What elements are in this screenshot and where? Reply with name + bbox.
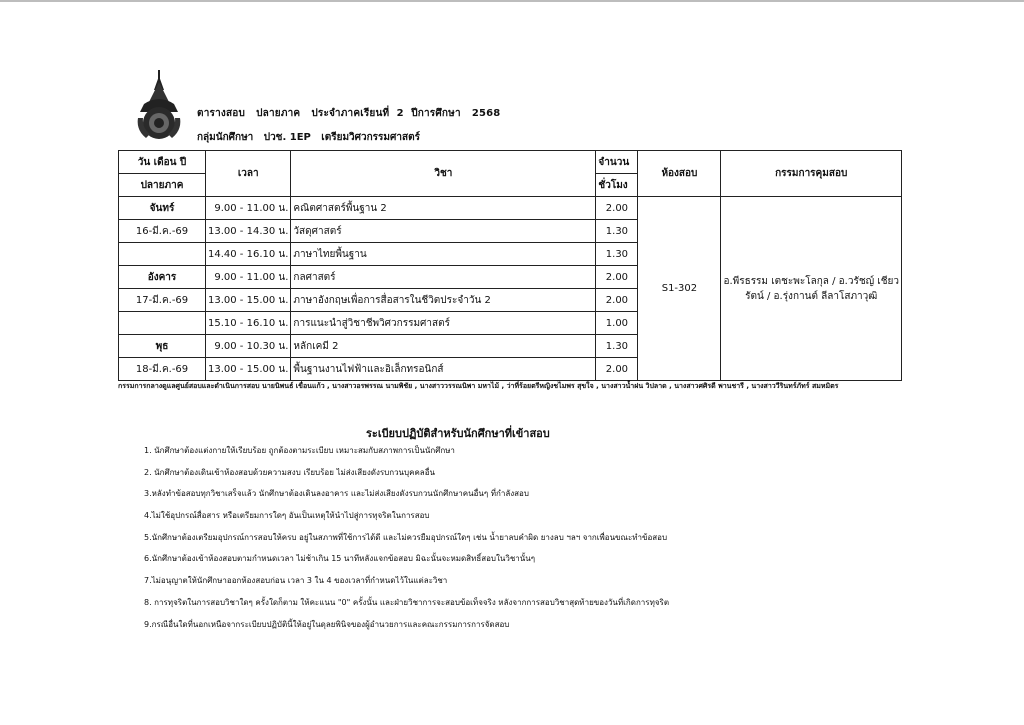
- header-time: เวลา: [206, 151, 291, 197]
- exam-proctors: อ.พีรธรรม เตชะพะโลกุล / อ.วรัชญ์ เชียวรั…: [721, 197, 902, 381]
- rule-item: 3.หลังทำข้อสอบทุกวิชาเสร็จแล้ว นักศึกษาต…: [144, 487, 669, 509]
- exam-subject: พื้นฐานงานไฟฟ้าและอิเล็กทรอนิกส์: [291, 358, 596, 381]
- exam-time: 15.10 - 16.10 น.: [206, 312, 291, 335]
- exam-room: S1-302: [638, 197, 721, 381]
- exam-hours: 1.30: [596, 220, 638, 243]
- exam-day: จันทร์: [119, 197, 206, 220]
- exam-subject: หลักเคมี 2: [291, 335, 596, 358]
- exam-time: 9.00 - 11.00 น.: [206, 197, 291, 220]
- exam-hours: 1.00: [596, 312, 638, 335]
- rule-item: 4.ไม่ใช้อุปกรณ์สื่อสาร หรือเตรียมการใดๆ …: [144, 509, 669, 531]
- exam-subject: ภาษาอังกฤษเพื่อการสื่อสารในชีวิตประจำวัน…: [291, 289, 596, 312]
- student-group: กลุ่มนักศึกษา ปวช. 1EP เตรียมวิศวกรรมศาส…: [197, 130, 420, 145]
- page-top-edge: [0, 0, 1024, 2]
- header-hours-line1: จำนวน: [596, 151, 638, 174]
- rules-heading: ระเบียบปฏิบัติสำหรับนักศึกษาที่เข้าสอบ: [366, 424, 550, 442]
- rule-item: 7.ไม่อนุญาตให้นักศึกษาออกห้องสอบก่อน เวล…: [144, 574, 669, 596]
- exam-schedule-table: วัน เดือน ปี เวลา วิชา จำนวน ห้องสอบ กรร…: [118, 150, 902, 381]
- exam-hours: 1.30: [596, 243, 638, 266]
- exam-hours: 2.00: [596, 197, 638, 220]
- exam-date: 18-มี.ค.-69: [119, 358, 206, 381]
- rule-item: 2. นักศึกษาต้องเดินเข้าห้องสอบด้วยความสง…: [144, 466, 669, 488]
- exam-time: 13.00 - 15.00 น.: [206, 358, 291, 381]
- header-hours-line2: ชั่วโมง: [596, 174, 638, 197]
- exam-hours: 2.00: [596, 289, 638, 312]
- exam-day: พุธ: [119, 335, 206, 358]
- exam-time: 14.40 - 16.10 น.: [206, 243, 291, 266]
- rules-list: 1. นักศึกษาต้องแต่งกายให้เรียบร้อย ถูกต้…: [144, 444, 669, 639]
- header-proctors: กรรมการคุมสอบ: [721, 151, 902, 197]
- rule-item: 5.นักศึกษาต้องเตรียมอุปกรณ์การสอบให้ครบ …: [144, 531, 669, 553]
- header-subject: วิชา: [291, 151, 596, 197]
- header-room: ห้องสอบ: [638, 151, 721, 197]
- exam-hours: 1.30: [596, 335, 638, 358]
- exam-hours: 2.00: [596, 266, 638, 289]
- rule-item: 1. นักศึกษาต้องแต่งกายให้เรียบร้อย ถูกต้…: [144, 444, 669, 466]
- exam-time: 9.00 - 10.30 น.: [206, 335, 291, 358]
- header-date: วัน เดือน ปี: [119, 151, 206, 174]
- rule-item: 8. การทุจริตในการสอบวิชาใดๆ ครั้งใดก็ตาม…: [144, 596, 669, 618]
- exam-subject: กลศาสตร์: [291, 266, 596, 289]
- exam-subject: การแนะนำสู่วิชาชีพวิศวกรรมศาสตร์: [291, 312, 596, 335]
- exam-subject: ภาษาไทยพื้นฐาน: [291, 243, 596, 266]
- university-emblem-icon: [134, 68, 184, 140]
- exam-subject: วัสดุศาสตร์: [291, 220, 596, 243]
- exam-time: 13.00 - 15.00 น.: [206, 289, 291, 312]
- central-committee-note: กรรมการกลางดูแลศูนย์สอบและดำเนินการสอบ น…: [118, 381, 838, 392]
- exam-date: 16-มี.ค.-69: [119, 220, 206, 243]
- header-term: ปลายภาค: [119, 174, 206, 197]
- rule-item: 9.กรณีอื่นใดที่นอกเหนือจากระเบียบปฏิบัติ…: [144, 618, 669, 640]
- exam-time: 13.00 - 14.30 น.: [206, 220, 291, 243]
- exam-time: 9.00 - 11.00 น.: [206, 266, 291, 289]
- rule-item: 6.นักศึกษาต้องเข้าห้องสอบตามกำหนดเวลา ไม…: [144, 552, 669, 574]
- exam-day: อังคาร: [119, 266, 206, 289]
- exam-date: 17-มี.ค.-69: [119, 289, 206, 312]
- table-row: จันทร์9.00 - 11.00 น.คณิตศาสตร์พื้นฐาน 2…: [119, 197, 902, 220]
- empty-cell: [119, 312, 206, 335]
- document-title: ตารางสอบ ปลายภาค ประจำภาคเรียนที่ 2 ปีกา…: [197, 106, 500, 121]
- exam-hours: 2.00: [596, 358, 638, 381]
- empty-cell: [119, 243, 206, 266]
- exam-subject: คณิตศาสตร์พื้นฐาน 2: [291, 197, 596, 220]
